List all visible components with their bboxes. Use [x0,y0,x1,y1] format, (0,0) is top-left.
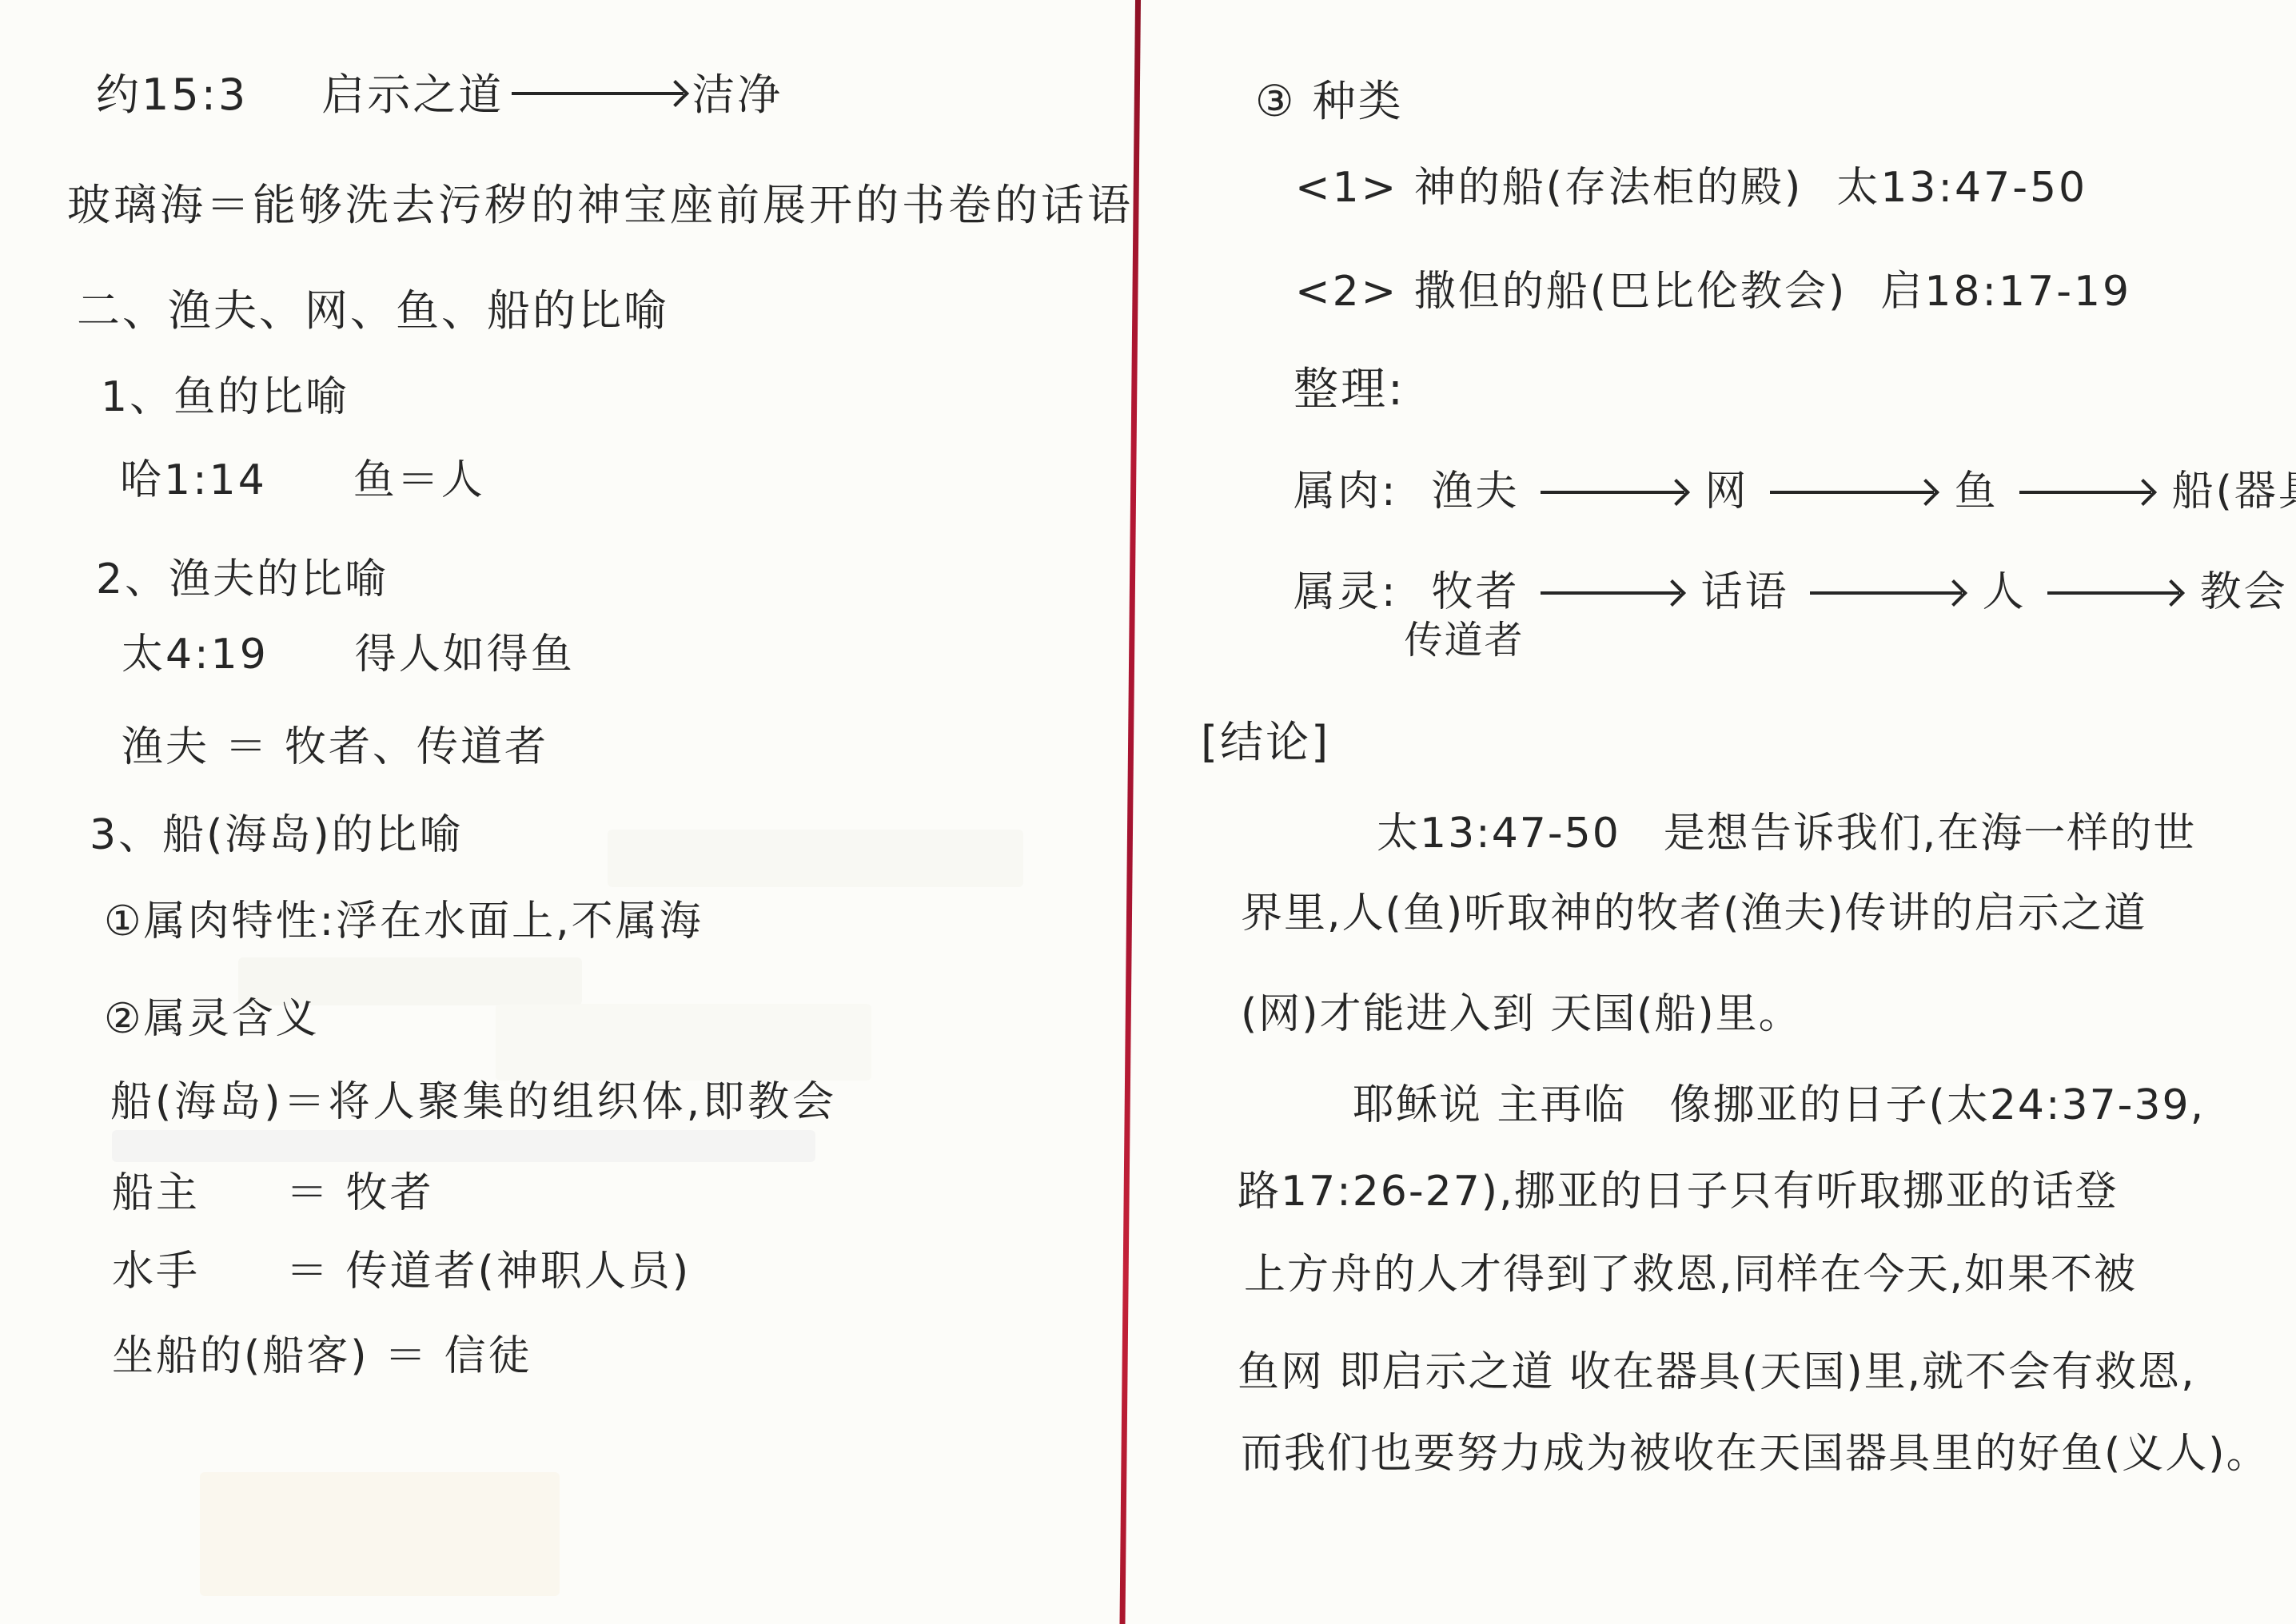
item-label: <2> 撒但的船(巴比伦教会) [1295,268,1847,316]
spirit-flow-row: 属灵: 牧者 传道者 话语 人 教会 [1293,569,2288,617]
conclusion-para1-line-2: (网)才能进入到 天国(船)里。 [1241,991,1802,1039]
conclusion-para1-line-0: 太13:47-50 是想告诉我们,在海一样的世 [1377,810,2196,858]
flow-node-stacked: 牧者 传道者 [1432,569,1520,617]
verse-text: 得人如得鱼 [355,631,575,679]
fish-parable-title: 1、鱼的比喻 [101,374,349,422]
gods-boat-item: <1> 神的船(存法柜的殿)太13:47-50 [1295,165,2087,213]
glass-sea-definition: 玻璃海＝能够洗去污秽的神宝座前展开的书卷的话语 [67,181,1134,230]
right-arrow [1810,591,1962,595]
kinds-title: ③ 种类 [1255,77,1404,126]
flow-node: 人 [1983,569,2027,617]
right-arrow [1770,491,1934,494]
verse-ref: 哈1:14 [120,456,267,504]
conclusion-para2-line-3: 鱼网 即启示之道 收在器具(天国)里,就不会有救恩, [1238,1349,2196,1397]
flow-node: 鱼 [1955,468,1999,516]
whiteout-patch [608,830,1023,887]
right-arrow [1541,491,1684,494]
boat-equation-church: 船(海岛)＝将人聚集的组织体,即教会 [110,1079,837,1127]
heading-result: 洁净 [692,70,783,120]
flow-node: 渔夫 [1432,468,1520,516]
verse-ref: 约15:3 [96,70,248,120]
right-arrow [2047,591,2179,595]
right-arrow [1541,591,1680,595]
heading-term: 启示之道 [321,70,504,120]
handwritten-notes-page: 约15:3启示之道洁净 玻璃海＝能够洗去污秽的神宝座前展开的书卷的话语 二、渔夫… [0,0,2296,1624]
flow-node: 船(器具) [2172,468,2296,516]
fish-parable-verse: 哈1:14鱼＝人 [120,457,485,505]
right-arrow [2019,491,2151,494]
flow-label: 属肉: [1293,468,1398,516]
satans-boat-item: <2> 撒但的船(巴比伦教会)启18:17-19 [1295,269,2131,316]
flow-label: 属灵: [1293,569,1398,617]
verse-heading-line: 约15:3启示之道洁净 [96,70,783,120]
fish-equation: 鱼＝人 [353,456,485,504]
flesh-trait-line: ①属肉特性:浮在水面上,不属海 [104,898,704,946]
right-arrow [512,92,684,95]
conclusion-para2-line-0: 耶稣说 主再临 像挪亚的日子(太24:37-39, [1353,1082,2205,1130]
whiteout-patch [200,1472,560,1596]
conclusion-para2-line-2: 上方舟的人才得到了救恩,同样在今天,如果不被 [1244,1252,2137,1300]
boat-parable-title: 3、船(海岛)的比喻 [90,812,464,860]
page-fold-line [1119,0,1141,1624]
conclusion-title: [结论] [1201,718,1330,767]
flow-node: 网 [1705,468,1749,516]
boat-equation-sailor: 水手＝ 传道者(神职人员) [112,1248,691,1296]
item-label: <1> 神的船(存法柜的殿) [1295,164,1803,212]
flow-node: 教会 [2200,569,2288,617]
conclusion-para2-line-4: 而我们也要努力成为被收在天国器具里的好鱼(义人)。 [1241,1431,2270,1479]
equation-value: ＝ 牧者 [286,1169,434,1217]
equation-value: ＝ 传道者(神职人员) [286,1248,691,1296]
boat-equation-owner: 船主＝ 牧者 [112,1170,434,1218]
whiteout-patch [496,1004,871,1081]
whiteout-patch [112,1130,815,1162]
flesh-flow-row: 属肉: 渔夫 网 鱼 船(器具) [1293,468,2296,516]
fisherman-equation: 渔夫 ＝ 牧者、传道者 [122,724,548,772]
section-two-title: 二、渔夫、网、鱼、船的比喻 [77,286,669,336]
conclusion-para2-line-1: 路17:26-27),挪亚的日子只有听取挪亚的话登 [1238,1168,2119,1216]
verse-ref: 太13:47-50 [1836,164,2087,212]
spirit-meaning-title: ②属灵含义 [104,996,320,1044]
flow-node: 话语 [1701,569,1789,617]
boat-equation-passenger: 坐船的(船客) ＝ 信徒 [112,1333,532,1381]
equation-term: 船主 [112,1169,200,1217]
fisherman-parable-title: 2、渔夫的比喻 [96,556,389,604]
flow-node-sub: 传道者 [1405,619,1525,663]
conclusion-para1-line-1: 界里,人(鱼)听取神的牧者(渔夫)传讲的启示之道 [1241,890,2147,938]
verse-ref: 太4:19 [122,631,269,679]
fisherman-parable-verse: 太4:19得人如得鱼 [122,631,575,679]
flow-node: 牧者 [1432,568,1520,616]
equation-term: 水手 [112,1248,200,1296]
verse-ref: 启18:17-19 [1880,268,2131,316]
summary-title: 整理: [1293,364,1405,416]
